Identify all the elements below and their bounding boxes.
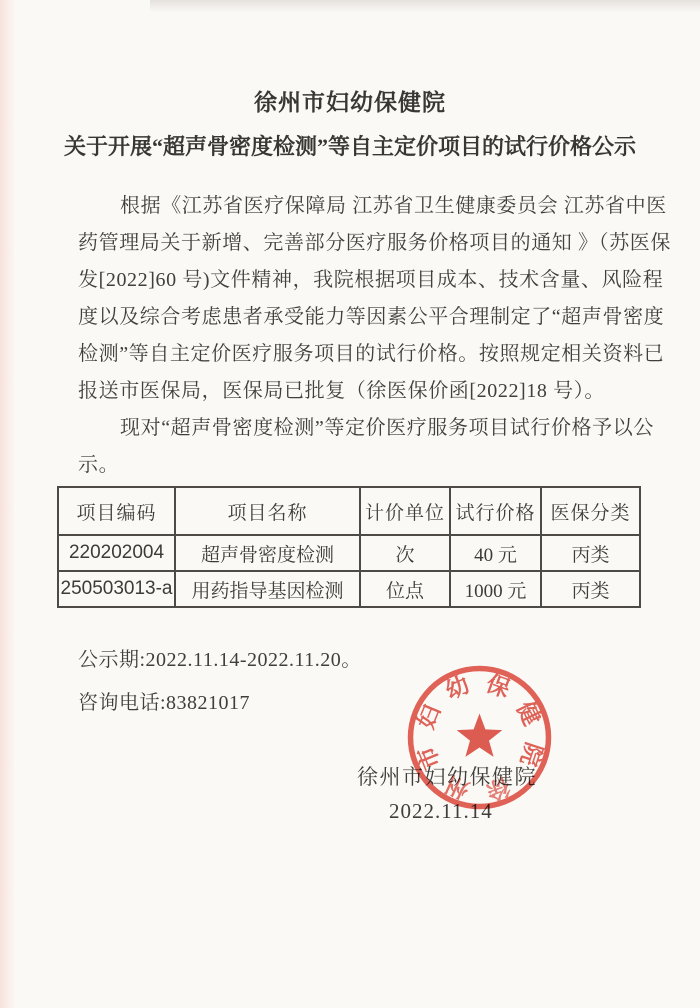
body-line: 发[2022]60 号)文件精神，我院根据项目成本、技术含量、风险程 <box>78 262 640 299</box>
body-line: 度以及综合考虑患者承受能力等因素公平合理制定了“超声骨密度 <box>78 299 640 336</box>
publicity-period: 公示期:2022.11.14-2022.11.20。 <box>78 648 700 672</box>
price-table: 项目编码 项目名称 计价单位 试行价格 医保分类 220202004 超声骨密度… <box>57 486 641 608</box>
col-header-trial-price: 试行价格 <box>450 487 541 535</box>
col-header-unit: 计价单位 <box>360 487 450 535</box>
cell-trial-price: 1000 元 <box>450 571 541 607</box>
signature-date: 2022.11.14 <box>389 799 493 824</box>
scanned-notice-page: 徐州市妇幼保健院 关于开展“超声骨密度检测”等自主定价项目的试行价格公示 根据《… <box>0 0 700 1008</box>
organization-title: 徐州市妇幼保健院 <box>0 0 700 118</box>
cell-unit: 次 <box>360 535 450 571</box>
table-row: 250503013-a 用药指导基因检测 位点 1000 元 丙类 <box>58 571 640 607</box>
signature-org-name: 徐州市妇幼保健院 <box>357 761 537 791</box>
inquiry-phone: 咨询电话:83821017 <box>78 691 700 715</box>
body-line: 现对“超声骨密度检测”等定价医疗服务项目试行价格予以公 <box>78 410 640 447</box>
cell-unit: 位点 <box>360 571 450 607</box>
col-header-insurance-class: 医保分类 <box>541 487 640 535</box>
notice-body: 根据《江苏省医疗保障局 江苏省卫生健康委员会 江苏省中医 药管理局关于新增、完善… <box>0 188 700 484</box>
table-header-row: 项目编码 项目名称 计价单位 试行价格 医保分类 <box>58 487 640 535</box>
cell-item-name: 用药指导基因检测 <box>175 571 360 607</box>
star-icon <box>457 714 503 757</box>
cell-insurance-class: 丙类 <box>541 571 640 607</box>
table-row: 220202004 超声骨密度检测 次 40 元 丙类 <box>58 535 640 571</box>
cell-item-code: 220202004 <box>58 535 175 571</box>
body-line: 报送市医保局，医保局已批复（徐医保价函[2022]18 号）。 <box>78 373 640 410</box>
body-line: 检测”等自主定价医疗服务项目的试行价格。按照规定相关资料已 <box>78 336 640 373</box>
cell-item-code: 250503013-a <box>58 571 175 607</box>
cell-item-name: 超声骨密度检测 <box>175 535 360 571</box>
notice-title: 关于开展“超声骨密度检测”等自主定价项目的试行价格公示 <box>0 132 700 162</box>
body-line: 根据《江苏省医疗保障局 江苏省卫生健康委员会 江苏省中医 <box>78 188 640 225</box>
notice-footer: 公示期:2022.11.14-2022.11.20。 咨询电话:83821017 <box>78 648 700 715</box>
col-header-item-code: 项目编码 <box>58 487 175 535</box>
col-header-item-name: 项目名称 <box>175 487 360 535</box>
body-line: 示。 <box>78 447 640 484</box>
cell-insurance-class: 丙类 <box>541 535 640 571</box>
body-line: 药管理局关于新增、完善部分医疗服务价格项目的通知 》（苏医保 <box>78 225 640 262</box>
cell-trial-price: 40 元 <box>450 535 541 571</box>
